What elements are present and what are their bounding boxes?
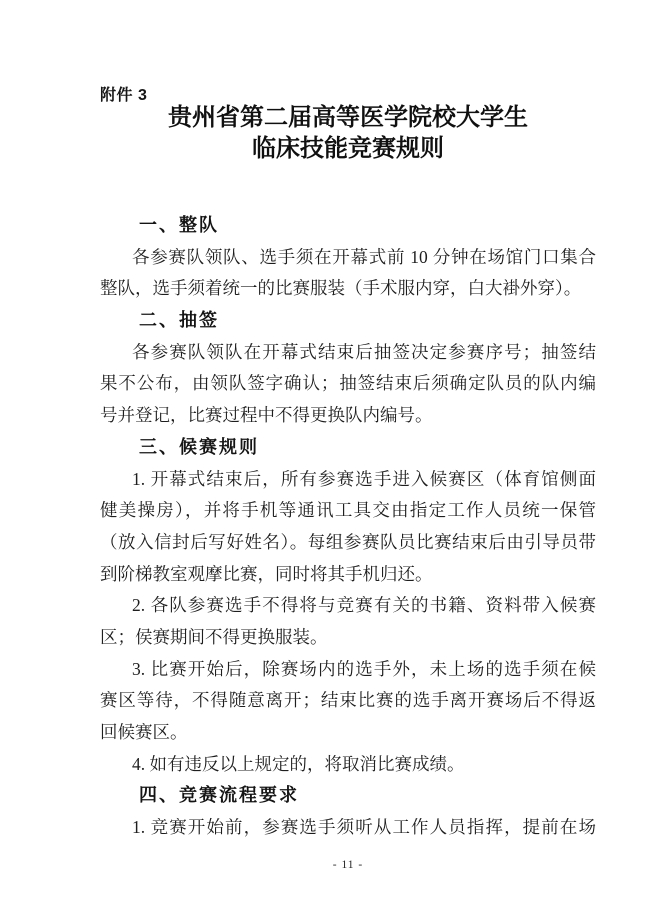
document-line: 整队，选手须着统一的比赛服装（手术服内穿，白大褂外穿）。 (100, 273, 596, 305)
document-body: 一、整队各参赛队领队、选手须在开幕式前 10 分钟在场馆门口集合整队，选手须着统… (100, 210, 596, 844)
document-line: 3. 比赛开始后，除赛场内的选手外，未上场的选手须在候 (100, 654, 596, 686)
section-heading: 一、整队 (100, 210, 596, 242)
document-line: 各参赛队领队、选手须在开幕式前 10 分钟在场馆门口集合 (100, 242, 596, 274)
attachment-label: 附件 3 (100, 82, 147, 105)
section-heading: 二、抽签 (100, 305, 596, 337)
document-title-line-2: 临床技能竞赛规则 (100, 134, 596, 165)
document-title-line-1: 贵州省第二届高等医学院校大学生 (100, 103, 596, 134)
document-line: 号并登记，比赛过程中不得更换队内编号。 (100, 400, 596, 432)
section-heading: 四、竞赛流程要求 (100, 780, 596, 812)
document-line: 1. 竞赛开始前，参赛选手须听从工作人员指挥，提前在场 (100, 812, 596, 844)
document-line: 赛区等待，不得随意离开；结束比赛的选手离开赛场后不得返 (100, 685, 596, 717)
document-line: 果不公布，由领队签字确认；抽签结束后须确定队员的队内编 (100, 368, 596, 400)
document-line: 4. 如有违反以上规定的，将取消比赛成绩。 (100, 749, 596, 781)
document-title: 贵州省第二届高等医学院校大学生 临床技能竞赛规则 (100, 103, 596, 165)
document-line: 回候赛区。 (100, 717, 596, 749)
document-page: 附件 3 贵州省第二届高等医学院校大学生 临床技能竞赛规则 一、整队各参赛队领队… (0, 0, 655, 922)
document-line: 健美操房），并将手机等通讯工具交由指定工作人员统一保管 (100, 495, 596, 527)
document-line: （放入信封后写好姓名）。每组参赛队员比赛结束后由引导员带 (100, 527, 596, 559)
document-line: 各参赛队领队在开幕式结束后抽签决定参赛序号；抽签结 (100, 337, 596, 369)
document-line: 1. 开幕式结束后，所有参赛选手进入候赛区（体育馆侧面 (100, 464, 596, 496)
document-line: 区；侯赛期间不得更换服装。 (100, 622, 596, 654)
document-line: 到阶梯教室观摩比赛，同时将其手机归还。 (100, 559, 596, 591)
page-number: - 11 - (100, 859, 596, 871)
section-heading: 三、候赛规则 (100, 432, 596, 464)
document-line: 2. 各队参赛选手不得将与竞赛有关的书籍、资料带入候赛 (100, 590, 596, 622)
